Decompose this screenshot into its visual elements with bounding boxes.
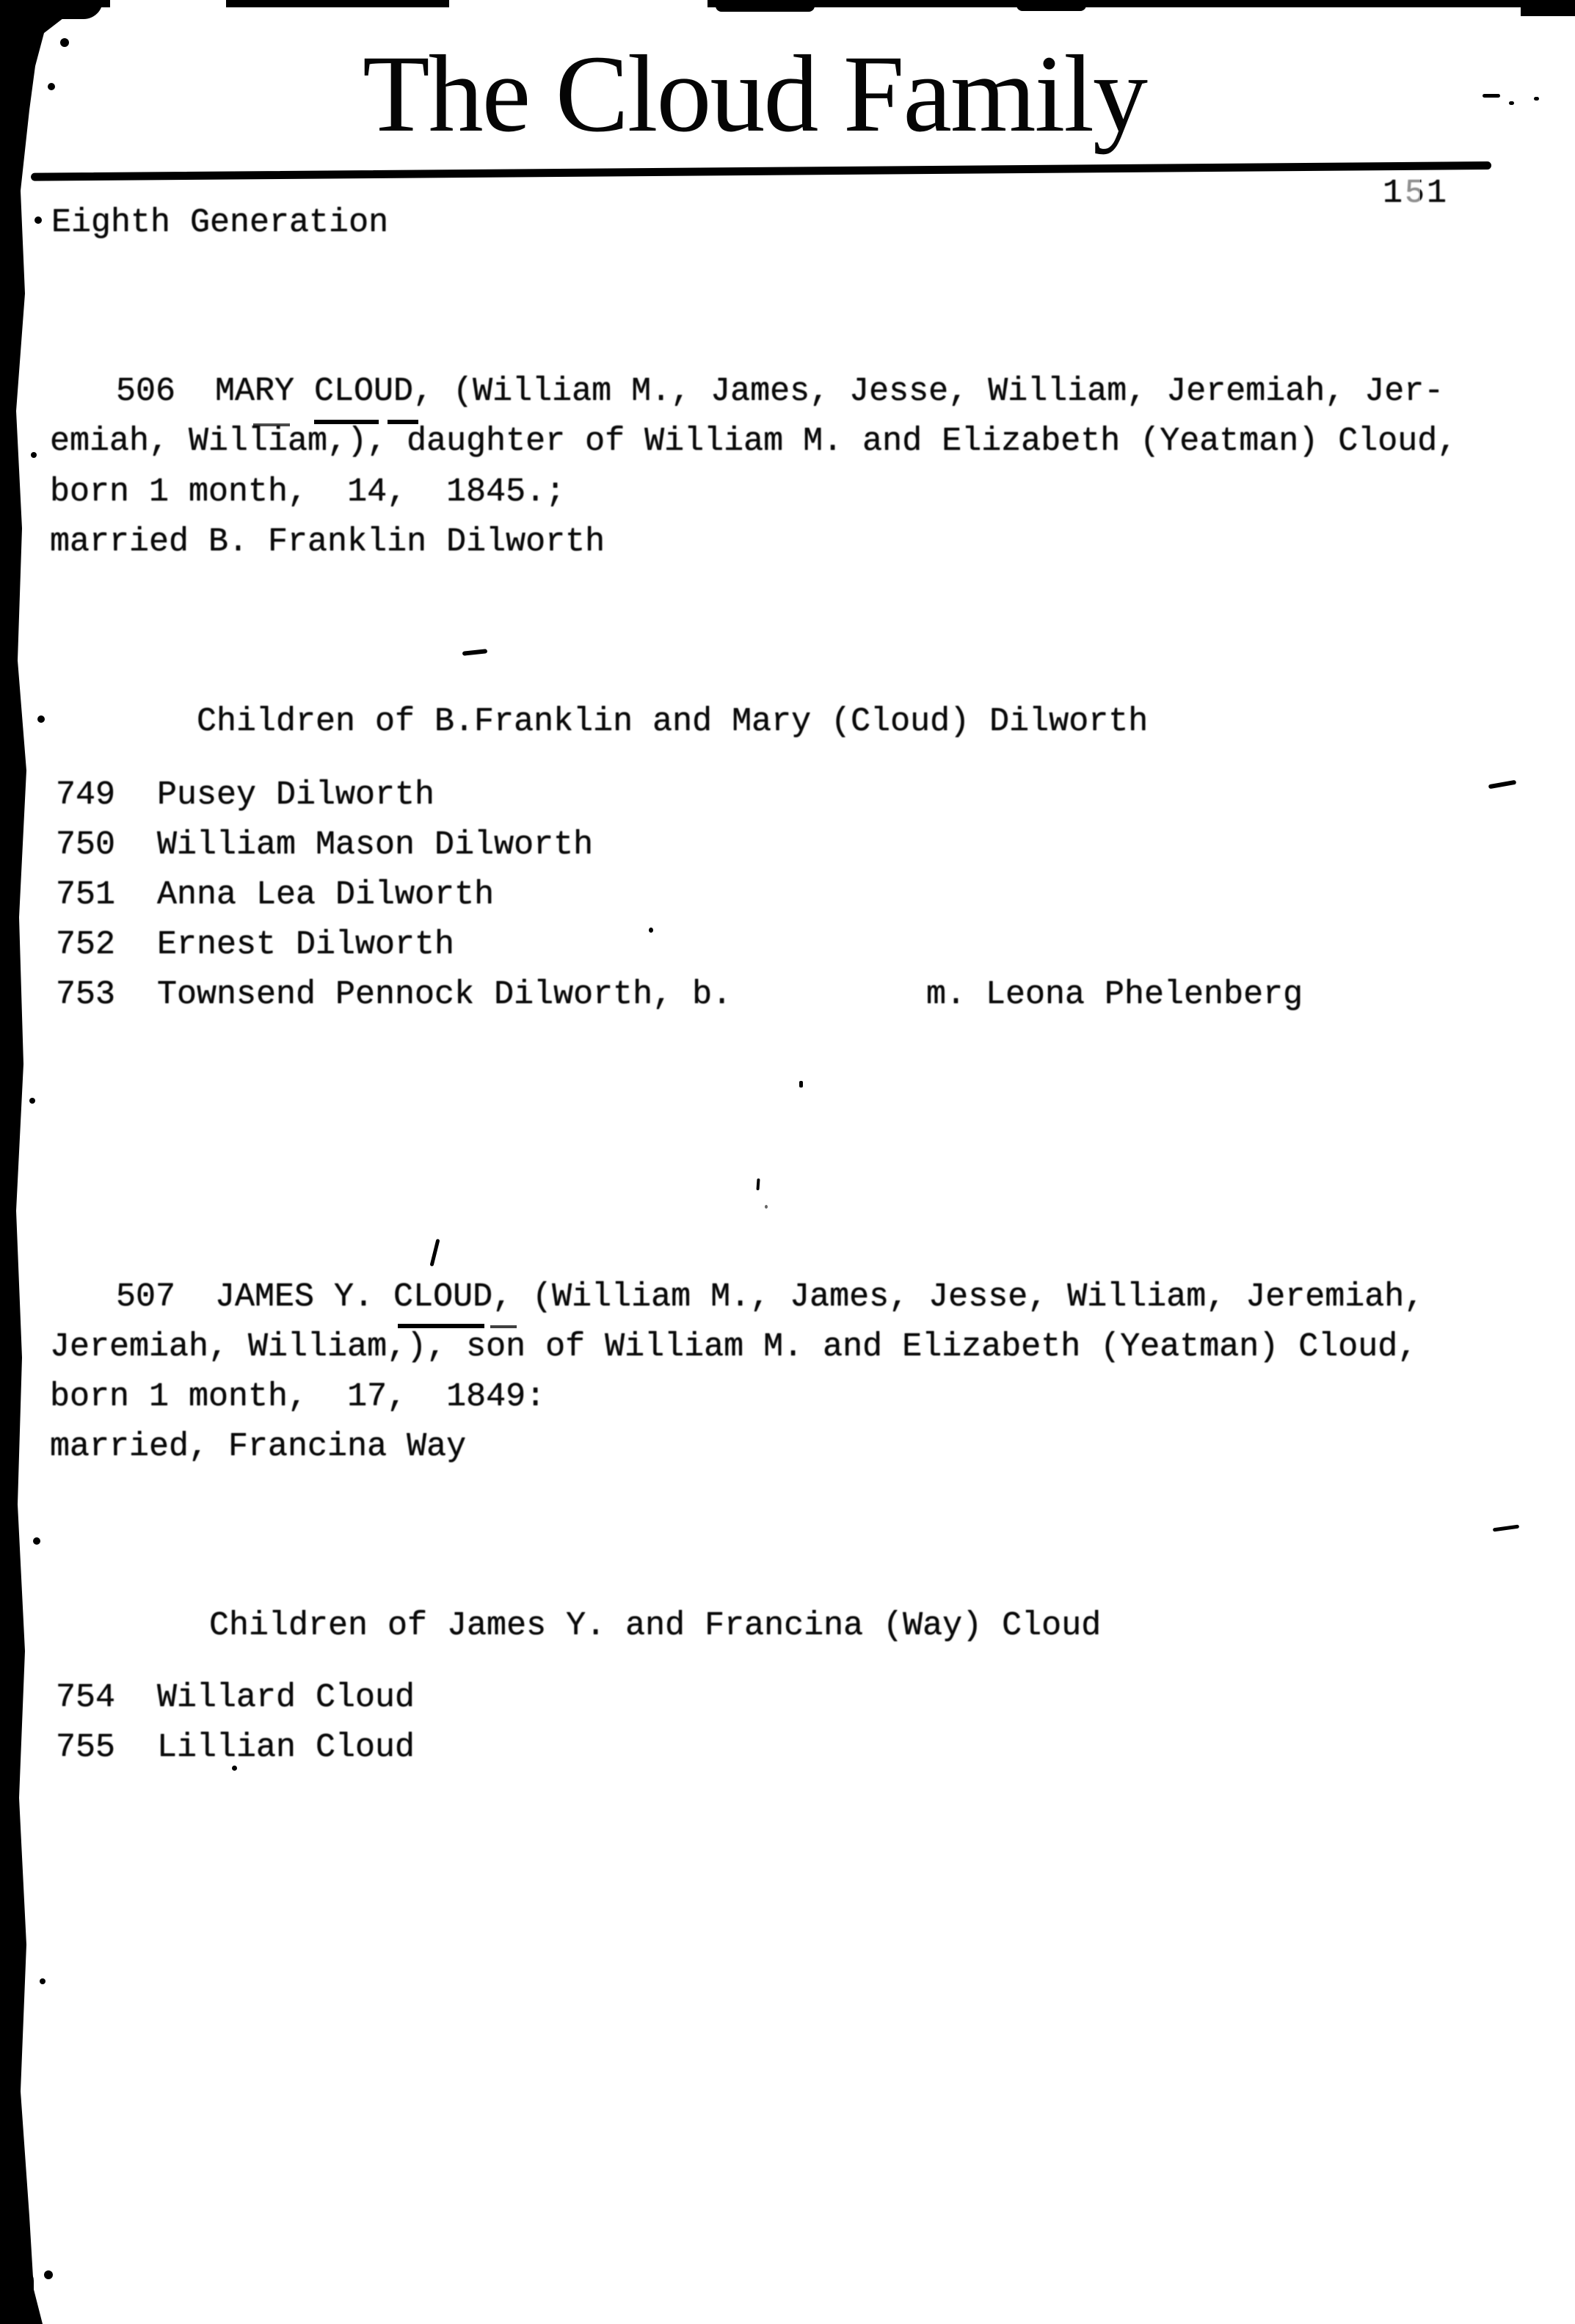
child-name: Townsend Pennock Dilworth, b. (157, 976, 732, 1014)
scan-edge-blot (716, 0, 815, 12)
child-row: 751 Anna Lea Dilworth (0, 876, 1575, 920)
entry-506-line-3: born 1 month, 14, 1845.; (50, 473, 565, 511)
entry-507-line-2: Jeremiah, William,), son of William M. a… (50, 1328, 1417, 1366)
underline-mark-507 (490, 1325, 517, 1328)
child-number: 754 (56, 1679, 115, 1717)
child-number: 749 (56, 776, 115, 815)
child-name: Anna Lea Dilworth (157, 876, 494, 914)
entry-507-line-3: born 1 month, 17, 1849: (50, 1378, 545, 1416)
scan-corner-bottom-left (0, 2267, 34, 2324)
scan-edge-left (0, 0, 117, 2324)
children-heading-506: Children of B.Franklin and Mary (Cloud) … (197, 703, 1148, 741)
child-row: 750 William Mason Dilworth (0, 826, 1575, 870)
page-title: The Cloud Family (0, 35, 1509, 153)
dash-mark (462, 649, 487, 656)
underline-mark-506 (253, 423, 290, 426)
tick-mark (756, 1179, 760, 1190)
scanned-page: The Cloud Family 151 Eighth Generation 5… (0, 0, 1575, 2324)
speck-mark (765, 1205, 768, 1209)
child-number: 751 (56, 876, 115, 914)
entry-507-line-4: married, Francina Way (50, 1428, 466, 1466)
child-name: Ernest Dilworth (157, 926, 454, 964)
entry-506-line-4: married B. Franklin Dilworth (50, 523, 605, 561)
child-number: 753 (56, 976, 115, 1014)
child-name: Pusey Dilworth (157, 776, 434, 815)
child-name: Willard Cloud (157, 1679, 415, 1717)
child-row: 753 Townsend Pennock Dilworth, b. m. Leo… (0, 976, 1575, 1020)
child-marriage-note: m. Leona Phelenberg (926, 976, 1303, 1014)
children-heading-507: Children of James Y. and Francina (Way) … (209, 1607, 1101, 1645)
underline-mark-507 (398, 1324, 484, 1328)
scan-edge-blot (1016, 0, 1086, 11)
child-number: 755 (56, 1729, 115, 1767)
child-number: 750 (56, 826, 115, 864)
faded-digit-overlay (1404, 178, 1420, 211)
child-name: William Mason Dilworth (157, 826, 593, 864)
entry-506-line-1: 506 MARY CLOUD, (William M., James, Jess… (116, 373, 1444, 411)
child-row: 752 Ernest Dilworth (0, 926, 1575, 970)
underline-mark-506 (314, 420, 379, 424)
speck-mark (649, 928, 653, 933)
speck-mark (232, 1766, 237, 1771)
child-row: 754 Willard Cloud (0, 1679, 1575, 1723)
speck-mark (1534, 97, 1539, 101)
speck-mark (1509, 101, 1514, 105)
scan-edge-gap (449, 0, 708, 7)
scan-corner-top-right (1521, 0, 1575, 16)
underline-mark-506 (388, 420, 418, 424)
speck-mark (799, 1081, 803, 1088)
title-rule (31, 161, 1491, 181)
speck-mark (1483, 94, 1500, 98)
entry-507-line-1: 507 JAMES Y. CLOUD, (William M., James, … (116, 1278, 1424, 1316)
generation-heading: Eighth Generation (51, 204, 388, 242)
slash-mark (429, 1239, 440, 1267)
scan-edge-gap (110, 0, 226, 7)
child-row: 749 Pusey Dilworth (0, 776, 1575, 820)
entry-506-line-2: emiah, William,), daughter of William M.… (50, 423, 1457, 461)
child-name: Lillian Cloud (157, 1729, 415, 1767)
child-number: 752 (56, 926, 115, 964)
dash-mark (1493, 1525, 1519, 1532)
